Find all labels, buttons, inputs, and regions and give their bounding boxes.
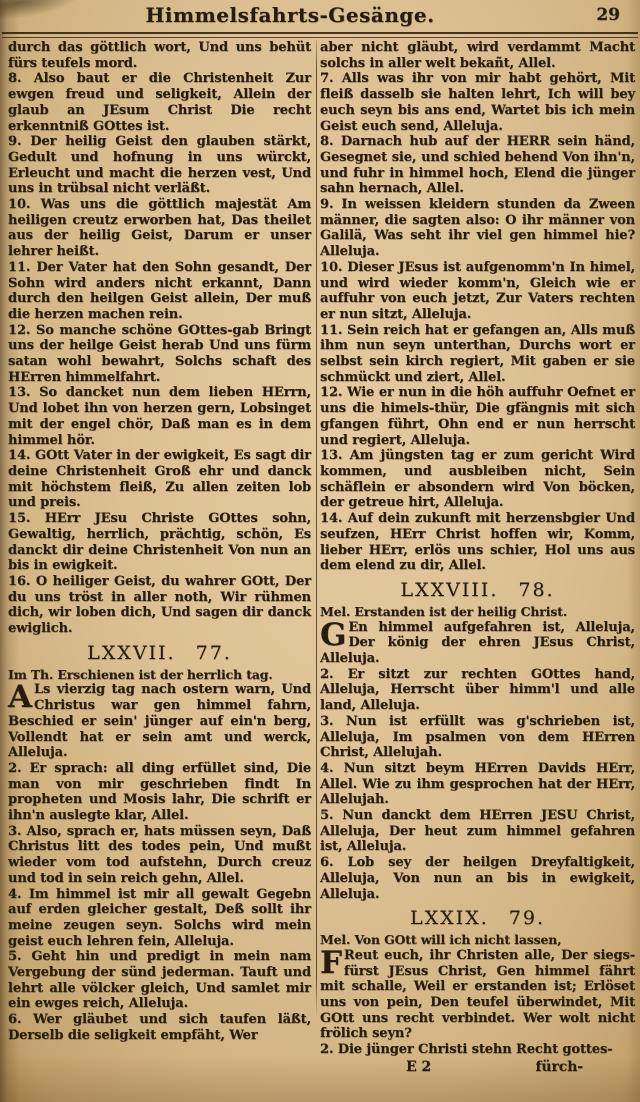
verse-line: 12. So manche schöne GOttes-gab Bringt u… [8, 323, 311, 386]
verse-line: 14. GOtt Vater in der ewigkeit, Es sagt … [8, 448, 311, 511]
verse-line: 16. O heiliger Geist, du wahrer GOtt, De… [8, 574, 311, 637]
melody-indication: Mel. Von GOtt will ich nicht lassen, [320, 932, 635, 948]
verse-line: ALs vierzig tag nach ostern warn, Und Ch… [8, 682, 311, 761]
verse-line: 13. So dancket nun dem lieben HErrn, Und… [8, 385, 311, 448]
verse-line: 2. Er sitzt zur rechten GOttes hand, All… [320, 667, 635, 714]
verse-dropcap: A [8, 682, 34, 711]
verse-line: 8. Darnach hub auf der HERR sein händ, G… [320, 134, 635, 197]
verse-line: 14. Auf dein zukunft mit herzensbgier Un… [320, 511, 635, 574]
verse-dropcap: F [320, 948, 344, 977]
verse-line: FReut euch, ihr Christen alle, Der siegs… [320, 948, 635, 1042]
verse-line: 15. HErr JEsu Christe GOttes sohn, Gewal… [8, 511, 311, 574]
catchword: fürch- [536, 1060, 584, 1076]
right-column: aber nicht gläubt, wird verdammt Macht s… [320, 40, 635, 1102]
melody-indication: Mel. Erstanden ist der heilig Christ. [320, 604, 635, 620]
page-number: 29 [596, 5, 620, 25]
verse-line: 8. Also baut er die Christenheit Zur ewg… [8, 71, 311, 134]
verse-line: 10. Was uns die göttlich majestät Am hei… [8, 197, 311, 260]
page-header: Himmelsfahrts-Gesänge. 29 [0, 3, 640, 33]
verse-line: 12. Wie er nun in die höh auffuhr Oefnet… [320, 385, 635, 448]
hymn-roman-numeral: LXXVII. [87, 642, 175, 664]
verse-line: 9. Der heilig Geist den glauben stärkt, … [8, 134, 311, 197]
verse-line: 2. Er sprach: all ding erfüllet sind, Di… [8, 761, 311, 824]
verse-line: 4. Im himmel ist mir all gewalt Gegebn a… [8, 887, 311, 950]
column-divider-rule [316, 40, 317, 1018]
hymn-roman-numeral: LXXIX. [410, 907, 489, 929]
hymn-arabic-number: 79. [509, 907, 545, 929]
hymn-number-heading: LXXIX.79. [320, 906, 635, 930]
verse-line: 10. Dieser JEsus ist aufgenomm'n In hime… [320, 260, 635, 323]
verse-line: 3. Nun ist erfüllt was g'schrieben ist, … [320, 714, 635, 761]
verse-line: 11. Sein reich hat er gefangen an, Alls … [320, 323, 635, 386]
hymn-number-heading: LXXVIII.78. [320, 578, 635, 602]
hymn-arabic-number: 77. [196, 642, 232, 664]
book-page-scan: Himmelsfahrts-Gesänge. 29 durch das gött… [0, 0, 640, 1102]
verse-line: 13. Am jüngsten tag er zum gericht Wird … [320, 448, 635, 511]
verse-line: 4. Nun sitzt beym HErren Davids HErr, Al… [320, 761, 635, 808]
verse-line: GEn himmel aufgefahren ist, Alleluja, De… [320, 620, 635, 667]
left-column: durch das göttlich wort, Und uns behüt f… [8, 40, 311, 1102]
verse-line: 5. Geht hin und predigt in mein nam Verg… [8, 949, 311, 1012]
verse-line: 2. Die jünger Christi stehn Recht gottes… [320, 1042, 635, 1058]
signature-mark: E 2 [406, 1060, 431, 1076]
verse-line: durch das göttlich wort, Und uns behüt f… [8, 40, 311, 71]
verse-dropcap: G [320, 620, 348, 649]
verse-line: 5. Nun danckt dem HErren JESU Christ, Al… [320, 808, 635, 855]
verse-line: aber nicht gläubt, wird verdammt Macht s… [320, 40, 635, 71]
verse-line: 11. Der Vater hat den Sohn gesandt, Der … [8, 260, 311, 323]
text-columns: durch das göttlich wort, Und uns behüt f… [8, 40, 635, 1102]
verse-line: 7. Alls was ihr von mir habt gehört, Mit… [320, 71, 635, 134]
verse-line: 6. Lob sey der heilgen Dreyfaltigkeit, A… [320, 855, 635, 902]
hymn-number-heading: LXXVII.77. [8, 641, 311, 665]
hymn-roman-numeral: LXXVIII. [400, 579, 498, 601]
page-title: Himmelsfahrts-Gesänge. [0, 3, 580, 27]
hymn-arabic-number: 78. [518, 579, 554, 601]
verse-line: 3. Also, sprach er, hats müssen seyn, Da… [8, 824, 311, 887]
verse-line: 6. Wer gläubet und sich taufen läßt, Der… [8, 1012, 311, 1043]
melody-indication: Im Th. Erschienen ist der herrlich tag. [8, 667, 311, 683]
page-footer: E 2fürch- [320, 1058, 635, 1076]
header-double-rule [2, 32, 638, 38]
verse-line: 9. In weissen kleidern stunden da Zween … [320, 197, 635, 260]
